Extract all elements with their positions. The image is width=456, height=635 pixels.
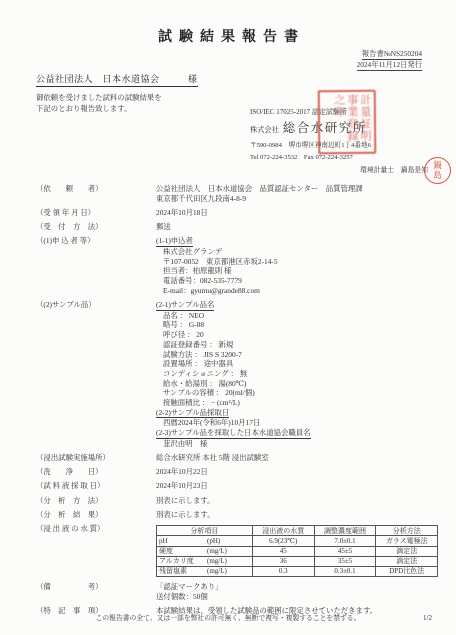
lab-company-prefix: 株式会社 (250, 126, 279, 134)
intro-line-1: 御依頼を受けました試料の試験結果を (36, 92, 162, 103)
cell-value-chlorine: 0.3 (252, 566, 314, 576)
cell-item-ph: pH(pH) (157, 536, 253, 546)
table-row: 残留塩素(mg/L) 0.3 0.3±0.1 DPD比色法 (157, 566, 438, 576)
field-received-date-label: （受 領 年 月 日） (36, 208, 156, 218)
field-analysis-method-label: （分 析 方 法） (36, 496, 156, 506)
requester-line-1: 公益社団法人 日本水道協会 品質認証センター 品質管理課 (156, 184, 438, 194)
header-leachate-quality: 浸出液の水質 (252, 526, 314, 536)
report-body: （依 頼 者） 公益社団法人 日本水道協会 品質認証センター 品質管理課 東京都… (36, 184, 438, 620)
sample-collector-name: 韮沢由明 様 (156, 439, 438, 449)
sample-collector-heading: (2-3)サンプル品を採取した日本水道協会職員名 (156, 428, 311, 439)
field-receipt-method-value: 郵送 (156, 222, 438, 232)
sample-conditioning: コンディショニング ： 無 (156, 369, 438, 379)
cell-method-ph: ガラス電極法 (376, 536, 438, 546)
seal-char-2: 島 (433, 171, 442, 181)
cell-range-alkalinity: 35±5 (314, 556, 376, 566)
sample-volume: サンプルの容積 ： 20(ml/個) (156, 388, 438, 398)
table-header-row: 分析項目 浸出液の水質 調整濃度範囲 分析方法 (157, 526, 438, 536)
field-sample-label: （(2)サンプル品） (36, 300, 156, 449)
cell-item-alkalinity: アルカリ度(mg/L) (157, 556, 253, 566)
requester-line-2: 東京都千代田区九段南4-8-9 (156, 194, 438, 204)
field-wash-date-label: （洗 浄 日） (36, 467, 156, 477)
lab-metrologist: 環境計量士 鍋島是知 (250, 164, 442, 174)
header-analysis-method: 分析方法 (376, 526, 438, 536)
field-water-quality: （浸 出 液 の 水 質） 分析項目 浸出液の水質 調整濃度範囲 分析方法 pH… (36, 524, 438, 577)
cell-item-chlorine: 残留塩素(mg/L) (157, 566, 253, 576)
certification-stamp: 計量証明事業登録之印 (318, 90, 377, 155)
applicant-contact-person: 担当者：柏原龍則 様 (156, 266, 438, 276)
applicant-address: 〒107-0052 東京都港区赤坂2-14-5 (156, 257, 438, 267)
field-remarks-value: 「認証マークあり」 送付個数：50個 (156, 582, 438, 601)
applicant-phone: 電話番号：082-535-7779 (156, 276, 438, 286)
applicant-email: E-mail：gyumu@grande88.com (156, 286, 438, 296)
item-name: 残留塩素 (159, 567, 207, 575)
field-sampling-date: （試 料 液 採 取 日） 2024年10月23日 (36, 481, 438, 491)
field-receipt-method: （受 付 方 法） 郵送 (36, 222, 438, 232)
field-receipt-method-label: （受 付 方 法） (36, 222, 156, 232)
field-requester-label: （依 頼 者） (36, 184, 156, 203)
field-analysis-result-value: 別表に示します。 (156, 510, 438, 520)
item-unit: (mg/L) (207, 547, 227, 555)
header-adjusted-range: 調整濃度範囲 (314, 526, 376, 536)
sample-product-name: 品名 ： NEO (156, 311, 438, 321)
issue-date: 2024年11月12日発行 (357, 60, 422, 71)
field-leach-place-value: 総合水研究所 本社 5階 浸出試験室 (156, 453, 438, 463)
sample-collection-date-heading: (2-2)サンプル品採取日 (156, 408, 229, 419)
field-leach-place: （浸出試験実施場所） 総合水研究所 本社 5階 浸出試験室 (36, 453, 438, 463)
sample-installation-place: 設置場所 ： 途中器具 (156, 359, 438, 369)
table-row: アルカリ度(mg/L) 36 35±5 滴定法 (157, 556, 438, 566)
cell-range-ph: 7.0±0.1 (314, 536, 376, 546)
cell-method-hardness: 滴定法 (376, 546, 438, 556)
field-sample: （(2)サンプル品） (2-1)サンプル品名 品名 ： NEO 略号 ： G-8… (36, 300, 438, 449)
intro-text: 御依頼を受けました試料の試験結果を 下記のとおり報告致します。 (36, 92, 162, 114)
field-water-quality-value: 分析項目 浸出液の水質 調整濃度範囲 分析方法 pH(pH) 6.9(23℃) … (156, 524, 438, 577)
intro-line-2: 下記のとおり報告致します。 (36, 103, 162, 114)
field-requester-value: 公益社団法人 日本水道協会 品質認証センター 品質管理課 東京都千代田区九段南4… (156, 184, 438, 203)
sample-water-type: 給水・給湯別 ： 湯(80℃) (156, 379, 438, 389)
field-analysis-method-value: 別表に示します。 (156, 496, 438, 506)
field-analysis-method: （分 析 方 法） 別表に示します。 (36, 496, 438, 506)
table-row: pH(pH) 6.9(23℃) 7.0±0.1 ガラス電極法 (157, 536, 438, 546)
cell-method-chlorine: DPD比色法 (376, 566, 438, 576)
sample-registration-number: 認証登録番号 ： 新規 (156, 340, 438, 350)
item-unit: (mg/L) (207, 557, 227, 565)
item-name: pH (159, 537, 207, 545)
recipient-name: 公益社団法人 日本水道協会 様 (36, 72, 198, 87)
report-meta: 報告書№NS250204 2024年11月12日発行 (357, 48, 422, 70)
remarks-line-2: 送付個数：50個 (156, 592, 438, 602)
sample-contact-area-ratio: 接触面積比 ： − (cm²/L) (156, 398, 438, 408)
field-applicant-label: （(1)申 込 者 等） (36, 236, 156, 295)
field-analysis-result: （分 析 結 果） 別表に示します。 (36, 510, 438, 520)
table-row: 硬度(mg/L) 45 45±5 滴定法 (157, 546, 438, 556)
page-number: 1/2 (423, 614, 432, 622)
scanned-report-page: 試験結果報告書 報告書№NS250204 2024年11月12日発行 公益社団法… (0, 0, 456, 635)
cell-value-hardness: 45 (252, 546, 314, 556)
applicant-heading: (1-1)申込者 (156, 236, 193, 247)
copyright-notice: この報告書の全て、又は一部を弊社の許可無く、無断で複写・複製することを禁ずる。 (0, 612, 456, 622)
cell-range-chlorine: 0.3±0.1 (314, 566, 376, 576)
document-title: 試験結果報告書 (0, 26, 456, 46)
field-requester: （依 頼 者） 公益社団法人 日本水道協会 品質認証センター 品質管理課 東京都… (36, 184, 438, 203)
field-sampling-date-value: 2024年10月23日 (156, 481, 438, 491)
field-water-quality-label: （浸 出 液 の 水 質） (36, 524, 156, 577)
cell-range-hardness: 45±5 (314, 546, 376, 556)
header-analysis-item: 分析項目 (157, 526, 253, 536)
sample-collection-date: 西暦2024年(令和6年)10月17日 (156, 418, 438, 428)
item-unit: (mg/L) (207, 567, 227, 575)
water-quality-table: 分析項目 浸出液の水質 調整濃度範囲 分析方法 pH(pH) 6.9(23℃) … (156, 525, 438, 577)
field-applicant-value: (1-1)申込者 株式会社グランデ 〒107-0052 東京都港区赤坂2-14-… (156, 236, 438, 295)
field-received-date: （受 領 年 月 日） 2024年10月18日 (36, 208, 438, 218)
field-wash-date: （洗 浄 日） 2024年10月22日 (36, 467, 438, 477)
field-remarks: （備 考） 「認証マークあり」 送付個数：50個 (36, 582, 438, 601)
sample-name-heading: (2-1)サンプル品名 (156, 300, 214, 311)
item-unit: (pH) (207, 537, 220, 545)
sample-test-method: 試験方法 ： JIS S 3200-7 (156, 350, 438, 360)
field-sampling-date-label: （試 料 液 採 取 日） (36, 481, 156, 491)
field-sample-value: (2-1)サンプル品名 品名 ： NEO 略号 ： G-88 呼び径 ： 20 … (156, 300, 438, 449)
field-remarks-label: （備 考） (36, 582, 156, 601)
item-name: 硬度 (159, 547, 207, 555)
field-analysis-result-label: （分 析 結 果） (36, 510, 156, 520)
applicant-company: 株式会社グランデ (156, 247, 438, 257)
field-leach-place-label: （浸出試験実施場所） (36, 453, 156, 463)
remarks-line-1: 「認証マークあり」 (156, 582, 438, 592)
cell-value-ph: 6.9(23℃) (252, 536, 314, 546)
item-name: アルカリ度 (159, 557, 207, 565)
cell-method-alkalinity: 滴定法 (376, 556, 438, 566)
field-wash-date-value: 2024年10月22日 (156, 467, 438, 477)
name-seal-stamp: 鍋 島 (424, 157, 451, 184)
sample-abbreviation: 略号 ： G-88 (156, 320, 438, 330)
cell-value-alkalinity: 36 (252, 556, 314, 566)
sample-nominal-diameter: 呼び径 ： 20 (156, 330, 438, 340)
report-number: 報告書№NS250204 (362, 49, 422, 60)
field-applicant: （(1)申 込 者 等） (1-1)申込者 株式会社グランデ 〒107-0052… (36, 236, 438, 295)
cell-item-hardness: 硬度(mg/L) (157, 546, 253, 556)
field-received-date-value: 2024年10月18日 (156, 208, 438, 218)
